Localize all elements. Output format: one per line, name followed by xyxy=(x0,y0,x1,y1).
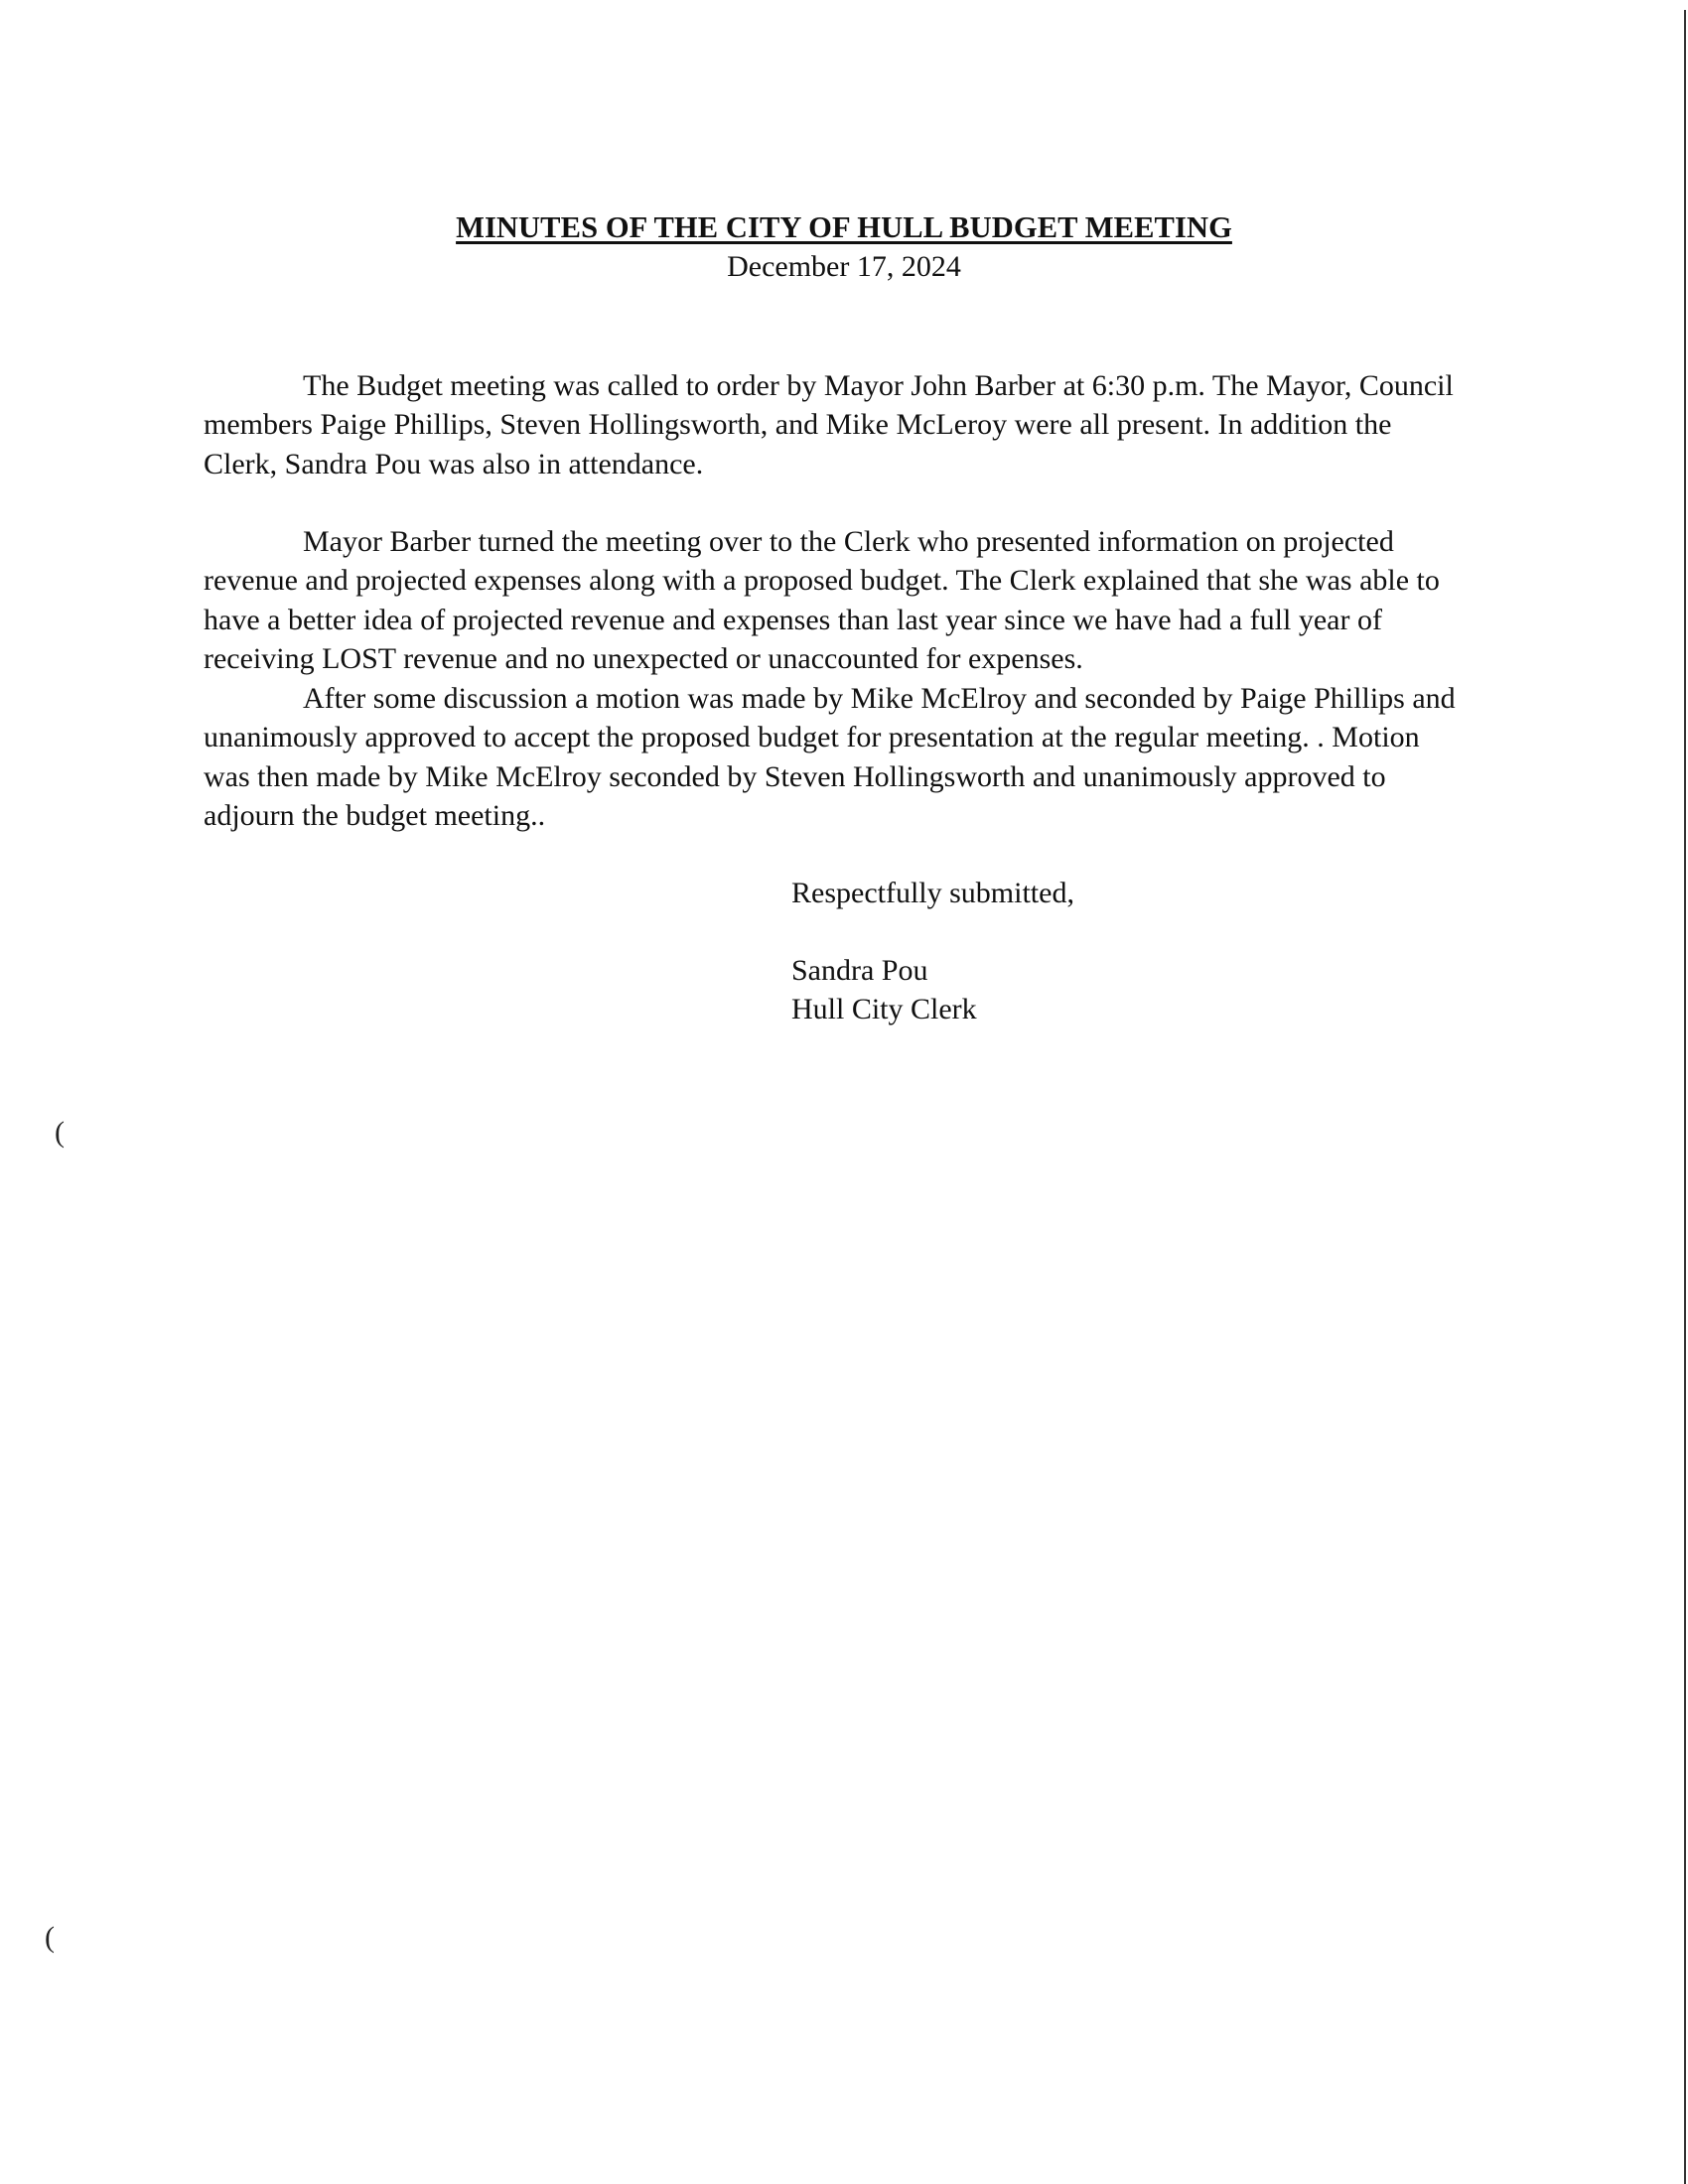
scan-mark: ( xyxy=(45,1921,55,1955)
signature-closing: Respectfully submitted, xyxy=(791,874,1074,912)
paragraph-text: After some discussion a motion was made … xyxy=(204,682,1456,832)
signature-title: Hull City Clerk xyxy=(791,990,977,1028)
scan-mark: ( xyxy=(55,1116,65,1150)
document-title: MINUTES OF THE CITY OF HULL BUDGET MEETI… xyxy=(0,210,1688,245)
scan-edge-line xyxy=(1684,10,1686,2184)
paragraph-text: Mayor Barber turned the meeting over to … xyxy=(204,525,1440,675)
paragraph-call-to-order: The Budget meeting was called to order b… xyxy=(204,366,1463,483)
meeting-date: December 17, 2024 xyxy=(0,250,1688,284)
paragraph-budget-presentation: Mayor Barber turned the meeting over to … xyxy=(204,522,1463,678)
signature-name: Sandra Pou xyxy=(791,951,928,990)
document-page: ( ( MINUTES OF THE CITY OF HULL BUDGET M… xyxy=(0,0,1688,2184)
paragraph-text: The Budget meeting was called to order b… xyxy=(204,369,1454,480)
paragraph-motions: After some discussion a motion was made … xyxy=(204,679,1463,835)
